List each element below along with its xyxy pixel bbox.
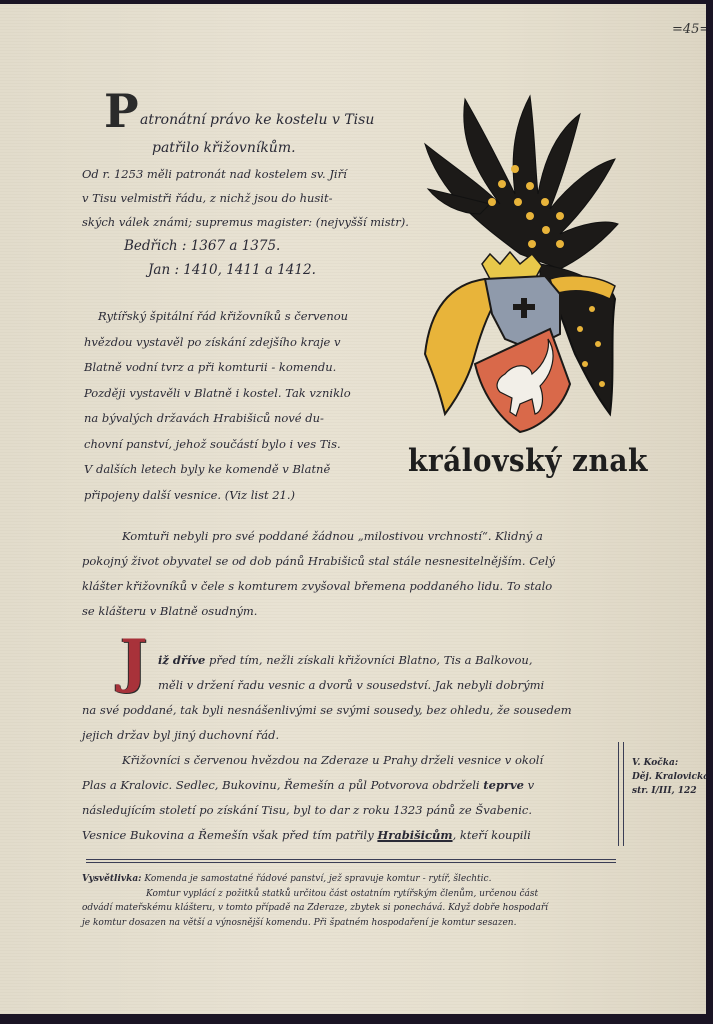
text-line: Později vystavěli v Blatně i kostel. Tak… <box>84 381 351 407</box>
double-horizontal-rule <box>86 859 616 863</box>
text-span: v <box>524 778 534 792</box>
text-line: připojeny další vesnice. (Viz list 21.) <box>84 483 351 509</box>
royal-coat-of-arms-illustration <box>420 94 620 434</box>
text-line: odvádí mateřskému klášteru, v tomto příp… <box>82 901 548 916</box>
decorated-initial-p: P <box>104 88 139 134</box>
lead-words: iž dříve <box>158 653 205 667</box>
emphasis-teprve: teprve <box>483 778 524 792</box>
footnote-label: Vysvětlivka: <box>82 874 141 884</box>
text-line: Vesnice Bukovina a Řemešín však před tím… <box>82 823 543 848</box>
text-line: Jan : 1410, 1411 a 1412. <box>82 258 409 282</box>
text-line: ských válek známi; supremus magister: (n… <box>82 210 409 234</box>
paragraph-order-history: Rytířský špitální řád křižovníků s červe… <box>84 304 351 508</box>
heading-line-1: atronátní právo ke kostelu v Tisu <box>140 108 374 132</box>
text-span: před tím, nežli získali křižovníci Blatn… <box>205 653 532 667</box>
text-line: Komtur vyplácí z požitků statků určitou … <box>82 887 548 902</box>
underlined-hrabisicum: Hrabišicům <box>377 828 452 842</box>
text-line: v Tisu velmistři řádu, z nichž jsou do h… <box>82 186 409 210</box>
text-line: klášter křižovníků v čele s komturem zvy… <box>82 574 555 599</box>
text-line: Blatně vodní tvrz a při komturii - komen… <box>84 355 351 381</box>
text-line: chovní panství, jehož součástí bylo i ve… <box>84 432 351 458</box>
text-line: Rytířský špitální řád křižovníků s červe… <box>84 304 351 330</box>
paragraph-zderaz: Křižovníci s červenou hvězdou na Zderaze… <box>82 748 543 848</box>
text-line: je komtur dosazen na větší a výnosnější … <box>82 916 548 931</box>
text-line: V. Kočka: <box>632 756 712 770</box>
text-line: V dalších letech byly ke komendě v Blatn… <box>84 457 351 483</box>
text-line: na své poddané, tak byli nesnášenlivými … <box>82 698 572 723</box>
page-number: =45= <box>672 18 710 42</box>
text-span: , kteří koupili <box>453 828 531 842</box>
paragraph-earlier-holdings: iž dříve před tím, nežli získali křižovn… <box>82 648 572 748</box>
heading-line-2: patřilo křižovníkům. <box>152 136 296 160</box>
text-line: jejich držav byl jiný duchovní řád. <box>82 723 572 748</box>
side-note-citation: V. Kočka: Děj. Kralovicka, str. I/III, 1… <box>632 756 712 798</box>
text-line: Děj. Kralovicka, <box>632 770 712 784</box>
text-line: na bývalých državách Hrabišiců nové du- <box>84 406 351 432</box>
text-line: Komtuři nebyli pro své poddané žádnou „m… <box>82 524 555 549</box>
manuscript-page: =45= P atronátní právo ke kostelu v Tisu… <box>0 4 706 1014</box>
text-span: Vesnice Bukovina a Řemešín však před tím… <box>82 828 377 842</box>
double-vertical-rule <box>618 742 624 846</box>
text-line: Vysvětlivka: Komenda je samostatné řádov… <box>82 872 548 887</box>
text-line: iž dříve před tím, nežli získali křižovn… <box>82 648 572 673</box>
text-line: Bedřich : 1367 a 1375. <box>82 234 409 258</box>
text-line: pokojný život obyvatel se od dob pánů Hr… <box>82 549 555 574</box>
text-line: hvězdou vystavěl po získání zdejšího kra… <box>84 330 351 356</box>
text-line: Křižovníci s červenou hvězdou na Zderaze… <box>82 748 543 773</box>
footnote-explanation: Vysvětlivka: Komenda je samostatné řádov… <box>82 872 548 930</box>
coat-of-arms-caption: královský znak <box>408 442 648 478</box>
text-line: Od r. 1253 měli patronát nad kostelem sv… <box>82 162 409 186</box>
text-line: se klášteru v Blatně osudným. <box>82 599 555 624</box>
paragraph-patronage: Od r. 1253 měli patronát nad kostelem sv… <box>82 162 409 282</box>
text-line: Plas a Kralovic. Sedlec, Bukovinu, Řemeš… <box>82 773 543 798</box>
scan-edge <box>706 0 713 1024</box>
text-span: Komenda je samostatné řádové panství, je… <box>141 874 491 884</box>
text-line: následujícím století po získání Tisu, by… <box>82 798 543 823</box>
text-line: str. I/III, 122 <box>632 784 712 798</box>
text-span: Plas a Kralovic. Sedlec, Bukovinu, Řemeš… <box>82 778 483 792</box>
paragraph-commanders: Komtuři nebyli pro své poddané žádnou „m… <box>82 524 555 624</box>
text-line: měli v držení řadu vesnic a dvorů v sous… <box>82 673 572 698</box>
